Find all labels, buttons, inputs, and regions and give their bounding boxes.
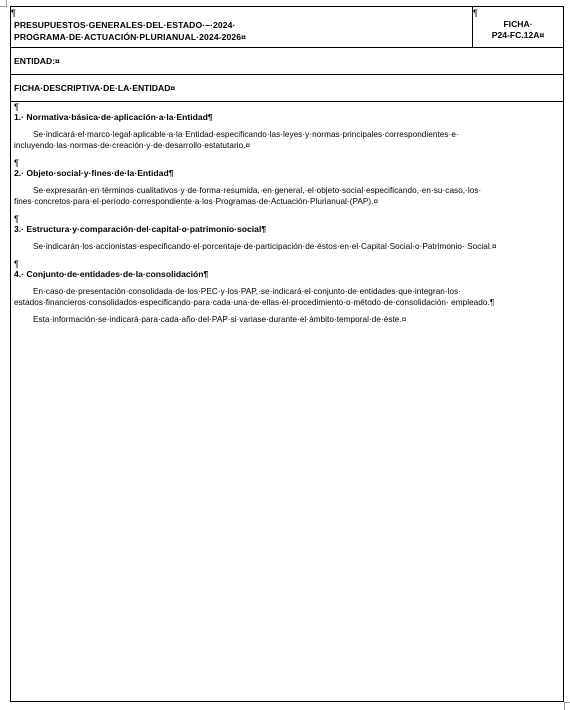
entidad-label: ENTIDAD:¤ xyxy=(14,56,60,66)
section-paragraph: Se·indicarán·los·accionistas·especifican… xyxy=(14,241,560,252)
title-line-2: PROGRAMA·DE·ACTUACIÓN·PLURIANUAL·2024-20… xyxy=(14,31,246,43)
header-code-cell: ¶ FICHA· P24-FC.12A¤ xyxy=(473,7,563,47)
document-title: PRESUPUESTOS·GENERALES·DEL·ESTADO·–·2024… xyxy=(14,19,246,43)
section-title: 3.· Estructura·y·comparación·del·capital… xyxy=(14,224,560,235)
title-line-1: PRESUPUESTOS·GENERALES·DEL·ESTADO·–·2024… xyxy=(14,19,246,31)
section-paragraph: Se·expresarán·en·términos·cualitativos·y… xyxy=(14,185,560,207)
pilcrow-mark: ¶ xyxy=(14,159,560,168)
ficha-descriptiva-row: FICHA·DESCRIPTIVA·DE·LA·ENTIDAD¤ xyxy=(11,75,563,102)
page-corner-mark-bottom-right xyxy=(564,702,570,710)
section-estructura-capital: ¶ 3.· Estructura·y·comparación·del·capit… xyxy=(14,215,560,252)
code-line-1: FICHA· xyxy=(473,19,563,30)
code-line-2: P24-FC.12A¤ xyxy=(473,30,563,41)
page-corner-mark-top-left xyxy=(0,0,7,7)
entidad-row: ENTIDAD:¤ xyxy=(11,48,563,75)
pilcrow-mark: ¶ xyxy=(14,260,560,269)
document-body: ¶ 1.· Normativa·básica·de·aplicación·a·l… xyxy=(14,103,560,325)
section-title: 1.· Normativa·básica·de·aplicación·a·la·… xyxy=(14,112,560,123)
form-code: FICHA· P24-FC.12A¤ xyxy=(473,19,563,41)
document-form-table: ¶ PRESUPUESTOS·GENERALES·DEL·ESTADO·–·20… xyxy=(10,6,564,702)
header-title-cell: ¶ PRESUPUESTOS·GENERALES·DEL·ESTADO·–·20… xyxy=(11,7,473,47)
section-paragraph: Se·indicará·el·marco·legal·aplicable·a·l… xyxy=(14,129,560,151)
section-objeto-social: ¶ 2.· Objeto·social·y·fines·de·la·Entida… xyxy=(14,159,560,207)
pilcrow-mark: ¶ xyxy=(14,215,560,224)
section-normativa: ¶ 1.· Normativa·básica·de·aplicación·a·l… xyxy=(14,103,560,151)
section-title: 2.· Objeto·social·y·fines·de·la·Entidad¶ xyxy=(14,168,560,179)
pilcrow-mark: ¶ xyxy=(11,9,16,18)
pilcrow-mark: ¶ xyxy=(473,9,478,18)
section-title: 4.· Conjunto·de·entidades·de·la·consolid… xyxy=(14,269,560,280)
pilcrow-mark: ¶ xyxy=(14,103,560,112)
section-paragraph: Esta·información·se·indicará·para·cada·a… xyxy=(14,314,560,325)
header-row: ¶ PRESUPUESTOS·GENERALES·DEL·ESTADO·–·20… xyxy=(11,7,563,48)
section-consolidacion: ¶ 4.· Conjunto·de·entidades·de·la·consol… xyxy=(14,260,560,325)
section-paragraph: En·caso·de·presentación·consolidada·de·l… xyxy=(14,286,560,308)
ficha-descriptiva-title: FICHA·DESCRIPTIVA·DE·LA·ENTIDAD¤ xyxy=(14,83,175,93)
